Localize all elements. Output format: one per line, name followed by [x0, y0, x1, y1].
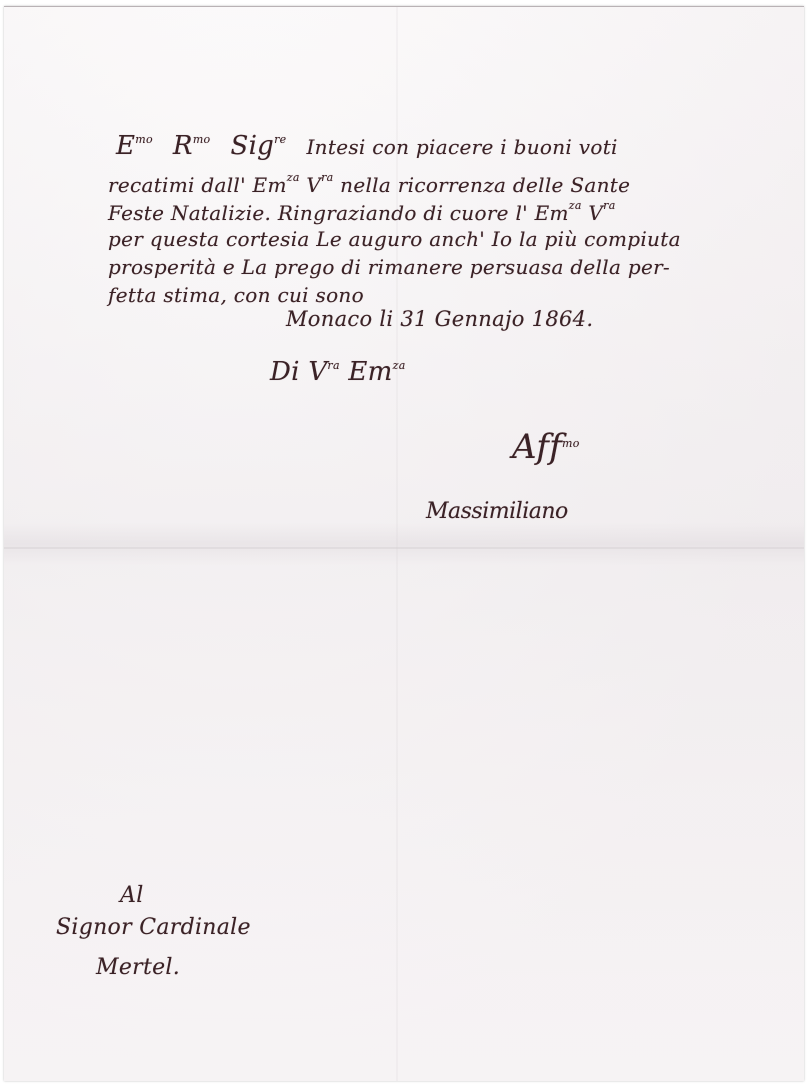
letter-page: Emo Rmo Sigre Intesi con piacere i buoni… — [4, 6, 804, 1081]
opening-text: Intesi con piacere i buoni voti — [306, 135, 617, 159]
closing-line: Di Vra Emza — [270, 357, 406, 387]
body-line-5: prosperità e La prego di rimanere persua… — [108, 255, 670, 279]
address-line-3: Mertel. — [96, 955, 180, 980]
address-line-2: Signor Cardinale — [56, 915, 251, 940]
line2-sup-za: za — [287, 171, 300, 184]
line2-mid: V — [300, 173, 321, 197]
closing-mid: Em — [340, 357, 393, 387]
signature-name: Massimiliano — [426, 499, 568, 524]
vertical-fold-crease — [396, 7, 398, 1081]
signature-aff-text: Aff — [512, 427, 562, 467]
closing-sup-ra: ra — [327, 359, 339, 372]
line2-end: nella ricorrenza delle Sante — [334, 173, 631, 197]
signature-aff-sup: mo — [562, 437, 580, 450]
body-line-2: recatimi dall' Emza Vra nella ricorrenza… — [108, 171, 630, 197]
date-line: Monaco li 31 Gennajo 1864. — [286, 307, 593, 331]
salutation-em: Emo — [116, 131, 153, 161]
body-line-3: Feste Natalizie. Ringraziando di cuore l… — [108, 199, 616, 225]
horizontal-fold-crease — [4, 547, 804, 549]
body-line-1: Emo Rmo Sigre Intesi con piacere i buoni… — [116, 131, 618, 161]
address-line-1: Al — [120, 883, 144, 908]
closing-start: Di V — [270, 357, 327, 387]
salutation-signore: Sigre — [230, 131, 286, 161]
line3-start: Feste Natalizie. Ringraziando di cuore l… — [108, 201, 569, 225]
body-line-4: per questa cortesia Le auguro anch' Io l… — [108, 227, 681, 251]
closing-sup-za: za — [393, 359, 406, 372]
line3-mid: V — [582, 201, 603, 225]
line2-sup-ra: ra — [321, 171, 333, 184]
line3-sup-ra: ra — [603, 199, 615, 212]
line3-sup-za: za — [569, 199, 582, 212]
body-line-6: fetta stima, con cui sono — [108, 283, 364, 307]
signature-affezionatissimo: Affmo — [512, 427, 580, 467]
salutation-rev: Rmo — [173, 131, 211, 161]
line2-start: recatimi dall' Em — [108, 173, 287, 197]
